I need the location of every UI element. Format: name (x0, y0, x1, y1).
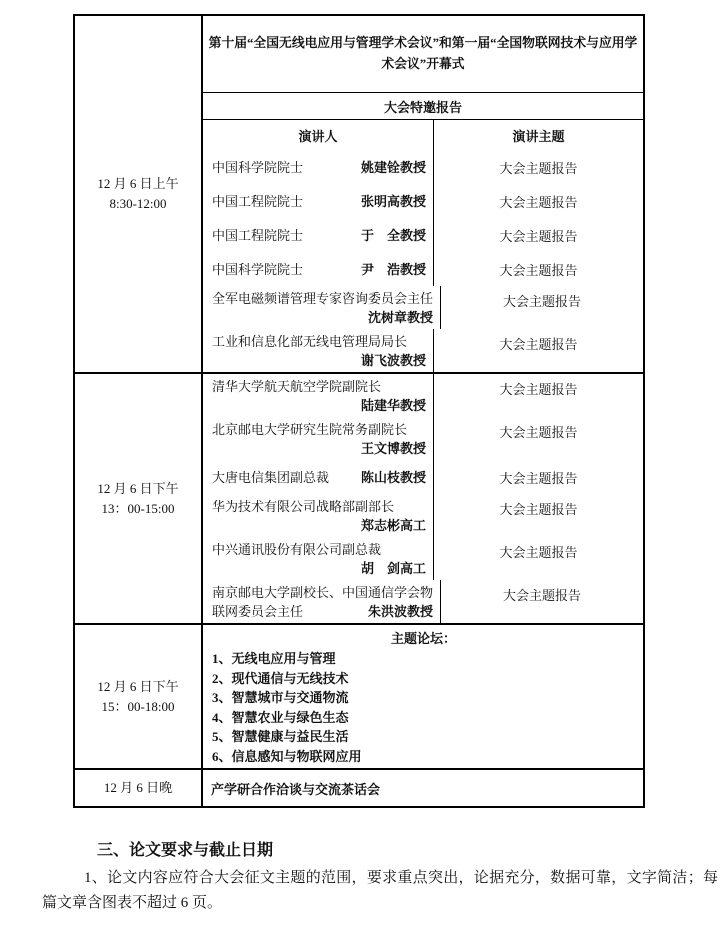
speaker-line: 谢飞波教授 (212, 351, 426, 370)
speaker-row: 中国科学院院士尹 浩教授大会主题报告 (203, 252, 643, 286)
speaker-cell: 南京邮电大学副校长、中国通信学会物联网委员会主任朱洪波教授 (203, 580, 441, 623)
speaker-title: 全军电磁频谱管理专家咨询委员会主任 (212, 289, 433, 308)
speaker-row: 清华大学航天航空学院副院长陆建华教授大会主题报告 (203, 374, 643, 417)
speaker-line: 陆建华教授 (212, 396, 426, 415)
speaker-title: 清华大学航天航空学院副院长 (212, 377, 381, 396)
speaker-name: 朱洪波教授 (368, 602, 433, 621)
time-cell-morning: 12 月 6 日上午 8:30-12:00 (75, 16, 203, 372)
speaker-row: 华为技术有限公司战略部副部长郑志彬高工大会主题报告 (203, 494, 643, 537)
speaker-title: 中国科学院院士 (212, 158, 303, 177)
col-header-topic: 演讲主题 (434, 120, 643, 150)
speaker-cell: 中国工程院院士张明高教授 (203, 184, 434, 218)
speaker-line: 南京邮电大学副校长、中国通信学会物 (212, 583, 433, 602)
speaker-row: 南京邮电大学副校长、中国通信学会物联网委员会主任朱洪波教授大会主题报告 (203, 580, 643, 623)
talk-topic: 大会主题报告 (434, 150, 643, 184)
talk-topic: 大会主题报告 (434, 417, 643, 460)
conference-schedule-table: 12 月 6 日上午 8:30-12:00 第十届“全国无线电应用与管理学术会议… (73, 14, 645, 808)
speaker-title: 华为技术有限公司战略部副部长 (212, 497, 394, 516)
talk-topic: 大会主题报告 (434, 374, 643, 417)
speaker-name: 陆建华教授 (361, 396, 426, 415)
time-range: 8:30-12:00 (109, 196, 166, 212)
speaker-cell: 清华大学航天航空学院副院长陆建华教授 (203, 374, 434, 417)
speaker-line: 中国科学院院士姚建铨教授 (212, 158, 426, 177)
speaker-cell: 工业和信息化部无线电管理局局长谢飞波教授 (203, 329, 434, 372)
forum-item: 6、信息感知与物联网应用 (212, 747, 635, 767)
invited-reports-title: 大会特邀报告 (203, 92, 643, 119)
speaker-name: 陈山枝教授 (361, 468, 426, 487)
speaker-line: 中兴通讯股份有限公司副总裁 (212, 540, 426, 559)
time-cell-afternoon-2: 12 月 6 日下午 15：00-18:00 (75, 625, 203, 768)
opening-ceremony-title: 第十届“全国无线电应用与管理学术会议”和第一届“全国物联网技术与应用学术会议”开… (203, 16, 643, 92)
speaker-cell: 中国科学院院士尹 浩教授 (203, 252, 434, 286)
speaker-row: 中兴通讯股份有限公司副总裁胡 剑高工大会主题报告 (203, 537, 643, 580)
speaker-name: 姚建铨教授 (361, 158, 426, 177)
speaker-name: 郑志彬高工 (361, 516, 426, 535)
speaker-row: 大唐电信集团副总裁陈山枝教授大会主题报告 (203, 460, 643, 494)
speaker-name: 胡 剑高工 (361, 559, 426, 578)
speaker-title: 中兴通讯股份有限公司副总裁 (212, 540, 381, 559)
time-cell-afternoon-1: 12 月 6 日下午 13：00-15:00 (75, 374, 203, 623)
talk-topic: 大会主题报告 (434, 184, 643, 218)
speaker-cell: 中国工程院院士于 全教授 (203, 218, 434, 252)
time-range: 13：00-15:00 (102, 501, 175, 517)
time-date: 12 月 6 日下午 (97, 679, 178, 695)
session-morning: 12 月 6 日上午 8:30-12:00 第十届“全国无线电应用与管理学术会议… (75, 16, 643, 372)
speaker-row: 中国工程院院士张明高教授大会主题报告 (203, 184, 643, 218)
speaker-line: 王文博教授 (212, 439, 426, 458)
speaker-line: 工业和信息化部无线电管理局局长 (212, 332, 426, 351)
talk-topic: 大会主题报告 (434, 218, 643, 252)
speaker-line: 胡 剑高工 (212, 559, 426, 578)
speaker-name: 张明高教授 (361, 192, 426, 211)
speaker-line: 全军电磁频谱管理专家咨询委员会主任 (212, 289, 433, 308)
speaker-cell: 大唐电信集团副总裁陈山枝教授 (203, 460, 434, 494)
requirements-paragraph: 1、论文内容应符合大会征文主题的范围，要求重点突出，论据充分，数据可靠，文字简洁… (42, 866, 718, 916)
talk-topic: 大会主题报告 (441, 286, 643, 329)
speaker-line: 北京邮电大学研究生院常务副院长 (212, 420, 426, 439)
speaker-line: 大唐电信集团副总裁陈山枝教授 (212, 468, 426, 487)
speaker-name: 于 全教授 (361, 226, 426, 245)
talk-topic: 大会主题报告 (434, 252, 643, 286)
forum-item: 3、智慧城市与交通物流 (212, 688, 635, 708)
speaker-line: 中国科学院院士尹 浩教授 (212, 260, 426, 279)
speaker-title: 南京邮电大学副校长、中国通信学会物 (212, 583, 433, 602)
forum-title: 主题论坛： (212, 628, 635, 649)
time-cell-evening: 12 月 6 日晚 (75, 770, 203, 806)
speaker-title: 中国工程院院士 (212, 226, 303, 245)
speaker-cell: 中兴通讯股份有限公司副总裁胡 剑高工 (203, 537, 434, 580)
speaker-cell: 全军电磁频谱管理专家咨询委员会主任沈树章教授 (203, 286, 441, 329)
speaker-name: 王文博教授 (361, 439, 426, 458)
forum-cell: 主题论坛： 1、无线电应用与管理2、现代通信与无线技术3、智慧城市与交通物流4、… (203, 625, 643, 768)
forum-item: 1、无线电应用与管理 (212, 649, 635, 669)
speaker-line: 华为技术有限公司战略部副部长 (212, 497, 426, 516)
forum-item: 4、智慧农业与绿色生态 (212, 708, 635, 728)
speaker-name: 尹 浩教授 (361, 260, 426, 279)
time-date: 12 月 6 日晚 (104, 780, 172, 796)
evening-event: 产学研合作洽谈与交流茶话会 (203, 770, 643, 806)
forum-items: 1、无线电应用与管理2、现代通信与无线技术3、智慧城市与交通物流4、智慧农业与绿… (212, 649, 635, 766)
speaker-line: 清华大学航天航空学院副院长 (212, 377, 426, 396)
session-evening: 12 月 6 日晚 产学研合作洽谈与交流茶话会 (75, 768, 643, 806)
speaker-title: 中国科学院院士 (212, 260, 303, 279)
speaker-cell: 华为技术有限公司战略部副部长郑志彬高工 (203, 494, 434, 537)
talk-topic: 大会主题报告 (441, 580, 643, 623)
speaker-line: 郑志彬高工 (212, 516, 426, 535)
speaker-row: 工业和信息化部无线电管理局局长谢飞波教授大会主题报告 (203, 329, 643, 372)
talk-topic: 大会主题报告 (434, 329, 643, 372)
talk-topic: 大会主题报告 (434, 460, 643, 494)
speaker-name: 谢飞波教授 (361, 351, 426, 370)
document-page: 12 月 6 日上午 8:30-12:00 第十届“全国无线电应用与管理学术会议… (0, 0, 725, 941)
column-headers: 演讲人 演讲主题 (203, 119, 643, 150)
session-afternoon-1: 12 月 6 日下午 13：00-15:00 清华大学航天航空学院副院长陆建华教… (75, 372, 643, 623)
speaker-line: 联网委员会主任朱洪波教授 (212, 602, 433, 621)
talk-topic: 大会主题报告 (434, 537, 643, 580)
speaker-line: 沈树章教授 (212, 308, 433, 327)
speaker-row: 中国科学院院士姚建铨教授大会主题报告 (203, 150, 643, 184)
speaker-line: 中国工程院院士于 全教授 (212, 226, 426, 245)
session-afternoon-2: 12 月 6 日下午 15：00-18:00 主题论坛： 1、无线电应用与管理2… (75, 623, 643, 768)
speaker-title: 北京邮电大学研究生院常务副院长 (212, 420, 407, 439)
time-date: 12 月 6 日下午 (97, 481, 178, 497)
speaker-title: 中国工程院院士 (212, 192, 303, 211)
time-range: 15：00-18:00 (102, 699, 175, 715)
forum-item: 2、现代通信与无线技术 (212, 669, 635, 689)
time-date: 12 月 6 日上午 (97, 176, 178, 192)
speaker-title: 大唐电信集团副总裁 (212, 468, 329, 487)
speaker-title: 联网委员会主任 (212, 602, 303, 621)
speaker-row: 全军电磁频谱管理专家咨询委员会主任沈树章教授大会主题报告 (203, 286, 643, 329)
speaker-title: 工业和信息化部无线电管理局局长 (212, 332, 407, 351)
speaker-row: 中国工程院院士于 全教授大会主题报告 (203, 218, 643, 252)
speaker-name: 沈树章教授 (368, 308, 433, 327)
speaker-cell: 中国科学院院士姚建铨教授 (203, 150, 434, 184)
speaker-line: 中国工程院院士张明高教授 (212, 192, 426, 211)
col-header-speaker: 演讲人 (203, 120, 434, 150)
talk-topic: 大会主题报告 (434, 494, 643, 537)
speaker-cell: 北京邮电大学研究生院常务副院长王文博教授 (203, 417, 434, 460)
speaker-row: 北京邮电大学研究生院常务副院长王文博教授大会主题报告 (203, 417, 643, 460)
forum-item: 5、智慧健康与益民生活 (212, 727, 635, 747)
section-heading: 三、论文要求与截止日期 (97, 837, 273, 860)
